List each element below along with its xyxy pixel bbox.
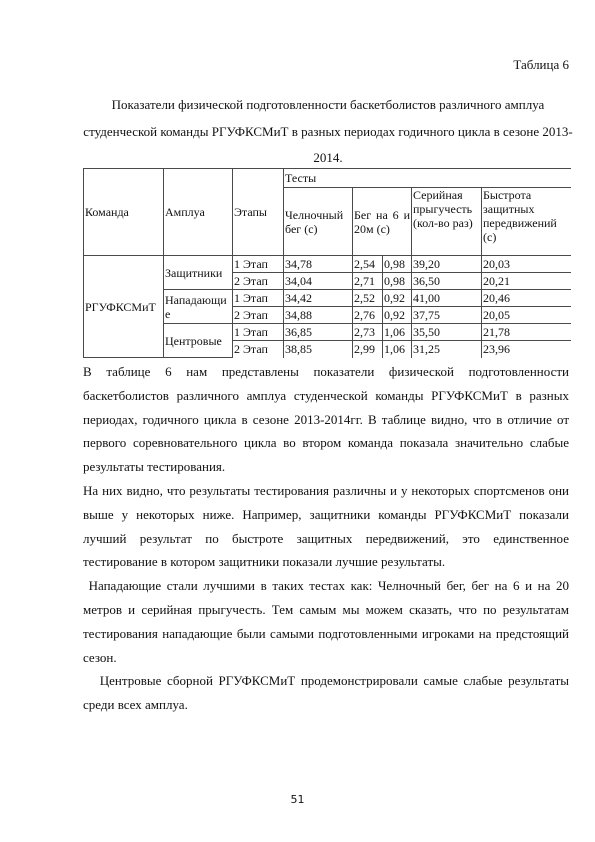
cell-sprint-6m: 2,99 <box>353 341 383 358</box>
cell-defensive-speed: 20,05 <box>482 307 571 324</box>
cell-stage: 2 Этап <box>233 307 284 324</box>
page-number: 51 <box>0 793 595 806</box>
cell-sprint-6m: 2,71 <box>353 273 383 290</box>
header-role: Амплуа <box>164 169 233 256</box>
cell-defensive-speed: 20,21 <box>482 273 571 290</box>
cell-shuttle-run: 38,85 <box>284 341 353 358</box>
cell-role: Центровые <box>164 324 233 358</box>
cell-serial-jump: 41,00 <box>412 290 482 307</box>
cell-sprint-6m: 2,54 <box>353 256 383 273</box>
paragraph-2: На них видно, что результаты тестировани… <box>83 479 569 574</box>
cell-sprint-6m: 2,52 <box>353 290 383 307</box>
cell-defensive-speed: 20,46 <box>482 290 571 307</box>
cell-shuttle-run: 34,88 <box>284 307 353 324</box>
cell-sprint-6m: 2,73 <box>353 324 383 341</box>
paragraph-4: Центровые сборной РГУФКСМиТ продемонстри… <box>83 669 569 717</box>
header-defensive-speed: Быстрота защитных передвижений (с) <box>482 188 571 256</box>
cell-shuttle-run: 36,85 <box>284 324 353 341</box>
cell-serial-jump: 35,50 <box>412 324 482 341</box>
cell-team: РГУФКСМиТ <box>84 256 164 358</box>
table-caption: Показатели физической подготовленности б… <box>80 92 576 172</box>
physical-fitness-table: Команда Амплуа Этапы Тесты Челночный бег… <box>83 168 571 358</box>
cell-shuttle-run: 34,42 <box>284 290 353 307</box>
cell-defensive-speed: 21,78 <box>482 324 571 341</box>
cell-sprint-20m: 1,06 <box>383 324 412 341</box>
cell-stage: 1 Этап <box>233 290 284 307</box>
cell-sprint-20m: 0,92 <box>383 307 412 324</box>
cell-shuttle-run: 34,04 <box>284 273 353 290</box>
paragraph-3: Нападающие стали лучшими в таких тестах … <box>83 574 569 669</box>
cell-stage: 1 Этап <box>233 324 284 341</box>
cell-stage: 2 Этап <box>233 273 284 290</box>
cell-sprint-20m: 0,98 <box>383 256 412 273</box>
cell-serial-jump: 36,50 <box>412 273 482 290</box>
cell-role: Защитники <box>164 256 233 290</box>
cell-stage: 1 Этап <box>233 256 284 273</box>
paragraph-1: В таблице 6 нам представлены показатели … <box>83 360 569 479</box>
cell-sprint-20m: 0,92 <box>383 290 412 307</box>
header-team: Команда <box>84 169 164 256</box>
cell-sprint-20m: 1,06 <box>383 341 412 358</box>
header-stages: Этапы <box>233 169 284 256</box>
header-sprint: Бег на 6 и 20м (с) <box>353 188 412 256</box>
table-row: РГУФКСМиТЗащитники1 Этап34,782,540,9839,… <box>84 256 571 273</box>
header-serial-jump: Серийная прыгучесть (кол-во раз) <box>412 188 482 256</box>
header-shuttle-run: Челночный бег (с) <box>284 188 353 256</box>
cell-sprint-20m: 0,98 <box>383 273 412 290</box>
body-text: В таблице 6 нам представлены показатели … <box>83 360 569 717</box>
header-tests-group: Тесты <box>284 169 571 188</box>
cell-serial-jump: 39,20 <box>412 256 482 273</box>
cell-serial-jump: 37,75 <box>412 307 482 324</box>
cell-serial-jump: 31,25 <box>412 341 482 358</box>
cell-sprint-6m: 2,76 <box>353 307 383 324</box>
cell-defensive-speed: 23,96 <box>482 341 571 358</box>
cell-role: Нападающие <box>164 290 233 324</box>
table-number-label: Таблица 6 <box>513 57 569 73</box>
cell-stage: 2 Этап <box>233 341 284 358</box>
cell-shuttle-run: 34,78 <box>284 256 353 273</box>
cell-defensive-speed: 20,03 <box>482 256 571 273</box>
